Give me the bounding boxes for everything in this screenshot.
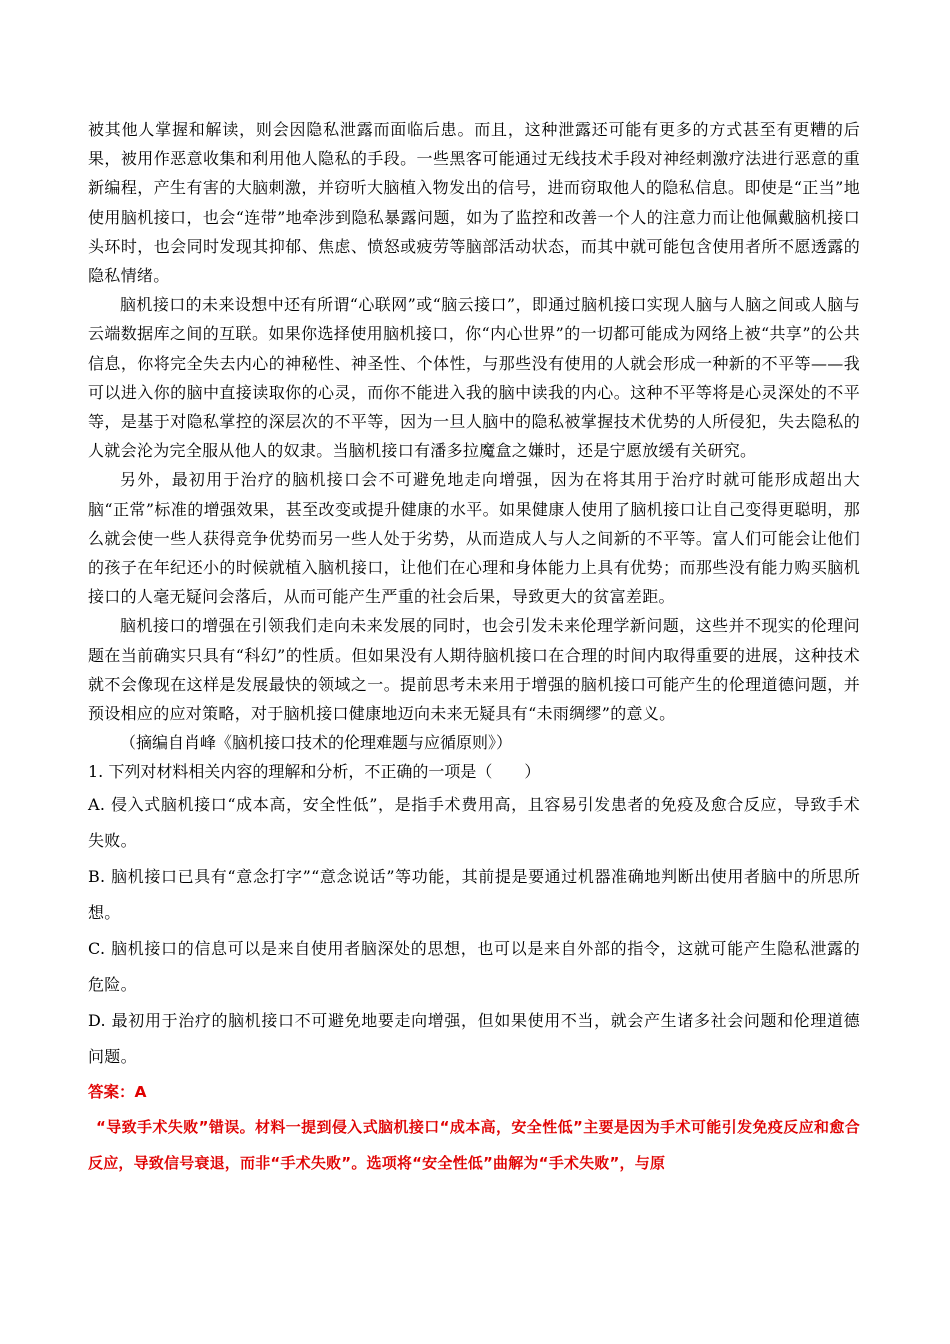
question-block: 1. 下列对材料相关内容的理解和分析，不正确的一项是（ ） A. 侵入式脑机接口… <box>88 757 860 1181</box>
option-c: C. 脑机接口的信息可以是来自使用者脑深处的思想，也可以是来自外部的指令，这就可… <box>88 931 860 1003</box>
source-citation: （摘编自肖峰《脑机接口技术的伦理难题与应循原则》） <box>88 728 860 757</box>
answer-explanation: “导致手术失败”错误。材料一提到侵入式脑机接口“成本高，安全性低”主要是因为手术… <box>88 1109 860 1181</box>
document-page: 被其他人掌握和解读，则会因隐私泄露而面临后患。而且，这种泄露还可能有更多的方式甚… <box>88 115 860 1181</box>
body-paragraph-4: 脑机接口的增强在引领我们走向未来发展的同时，也会引发未来伦理学新问题，这些并不现… <box>88 611 860 728</box>
option-d: D. 最初用于治疗的脑机接口不可避免地要走向增强，但如果使用不当，就会产生诸多社… <box>88 1003 860 1075</box>
question-stem: 1. 下列对材料相关内容的理解和分析，不正确的一项是（ ） <box>88 757 860 787</box>
option-a: A. 侵入式脑机接口“成本高，安全性低”，是指手术费用高，且容易引发患者的免疫及… <box>88 787 860 859</box>
body-paragraph-3: 另外，最初用于治疗的脑机接口会不可避免地走向增强，因为在将其用于治疗时就可能形成… <box>88 465 860 611</box>
body-paragraph-2: 脑机接口的未来设想中还有所谓“心联网”或“脑云接口”，即通过脑机接口实现人脑与人… <box>88 290 860 465</box>
option-b: B. 脑机接口已具有“意念打字”“意念说话”等功能，其前提是要通过机器准确地判断… <box>88 859 860 931</box>
answer-label: 答案：A <box>88 1075 860 1109</box>
body-paragraph-1: 被其他人掌握和解读，则会因隐私泄露而面临后患。而且，这种泄露还可能有更多的方式甚… <box>88 115 860 290</box>
